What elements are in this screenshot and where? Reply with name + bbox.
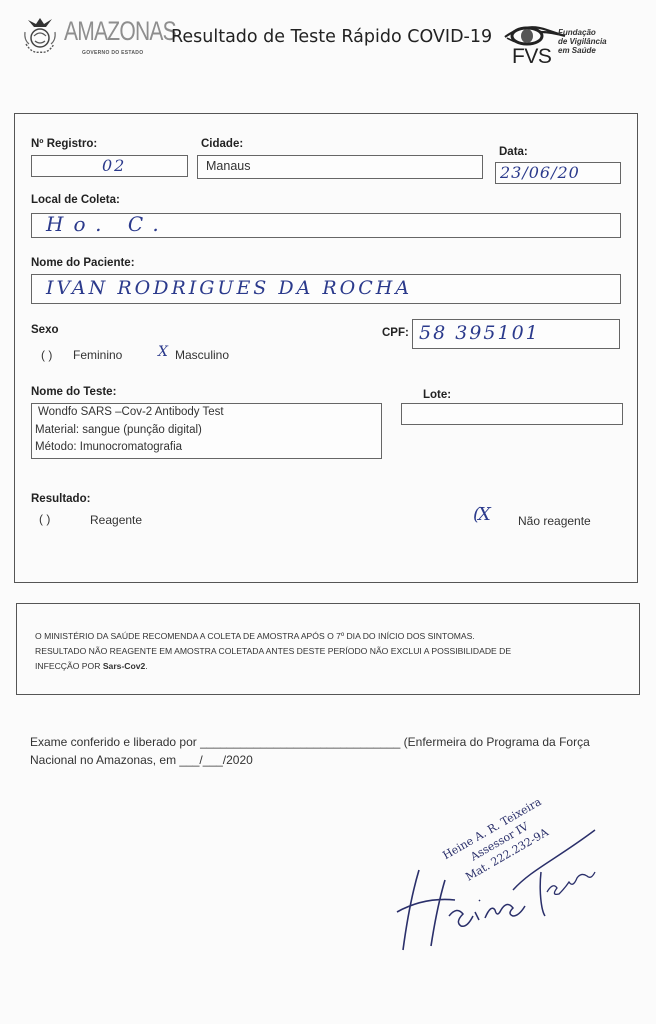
notice-virus-name: Sars-Cov2 bbox=[103, 661, 146, 671]
amazonas-crest-icon bbox=[22, 14, 58, 56]
local-coleta-value: Ho. C. bbox=[46, 212, 169, 236]
cpf-field[interactable]: 58 395101 bbox=[412, 319, 620, 349]
fvs-fullname: Fundação de Vigilância em Saúde bbox=[558, 28, 607, 55]
amazonas-wordmark: AMAZONAS bbox=[64, 16, 176, 47]
local-coleta-field[interactable]: Ho. C. bbox=[31, 213, 621, 238]
registro-field[interactable]: 02 bbox=[31, 155, 188, 177]
result-form: Nº Registro: 02 Cidade: Manaus Data: 23/… bbox=[14, 113, 638, 583]
notice-text: O MINISTÉRIO DA SAÚDE RECOMENDA A COLETA… bbox=[35, 629, 635, 674]
fvs-acronym: FVS bbox=[512, 45, 551, 69]
resultado-nao-reagente-label: Não reagente bbox=[518, 514, 591, 528]
cidade-field[interactable]: Manaus bbox=[197, 155, 483, 179]
cpf-value: 58 395101 bbox=[419, 322, 540, 344]
data-value: 23/06/20 bbox=[500, 163, 580, 182]
sexo-feminino-checkbox[interactable]: ( ) bbox=[41, 348, 52, 362]
teste-line-1: Wondfo SARS –Cov-2 Antibody Test bbox=[38, 406, 224, 418]
teste-label: Nome do Teste: bbox=[31, 386, 116, 398]
paciente-label: Nome do Paciente: bbox=[31, 257, 135, 269]
amazonas-government-logo: AMAZONAS GOVERNO DO ESTADO bbox=[20, 10, 165, 62]
lote-field[interactable] bbox=[401, 403, 623, 425]
notice-line-3-suffix: . bbox=[145, 661, 147, 671]
amazonas-subtitle: GOVERNO DO ESTADO bbox=[82, 50, 143, 56]
notice-line-3: INFECÇÃO POR Sars-Cov2. bbox=[35, 659, 635, 674]
sexo-label: Sexo bbox=[31, 324, 59, 336]
releaser-name-blank[interactable]: ______________________________ bbox=[200, 735, 400, 749]
registro-value: 02 bbox=[102, 156, 126, 175]
sexo-masculino-checkbox[interactable]: X bbox=[158, 344, 170, 360]
resultado-reagente-label: Reagente bbox=[90, 513, 142, 527]
document-title: Resultado de Teste Rápido COVID-19 bbox=[171, 27, 492, 47]
release-line-2: Nacional no Amazonas, em ___/___/2020 bbox=[30, 751, 630, 769]
notice-line-2: RESULTADO NÃO REAGENTE EM AMOSTRA COLETA… bbox=[35, 644, 635, 659]
registro-label: Nº Registro: bbox=[31, 138, 97, 150]
cpf-label: CPF: bbox=[382, 327, 409, 339]
release-suffix: (Enfermeira do Programa da Força bbox=[400, 735, 589, 749]
data-field[interactable]: 23/06/20 bbox=[495, 162, 621, 184]
paciente-value: IVAN RODRIGUES DA ROCHA bbox=[46, 277, 412, 299]
cidade-label: Cidade: bbox=[201, 138, 243, 150]
release-prefix: Exame conferido e liberado por bbox=[30, 735, 200, 749]
teste-field: Wondfo SARS –Cov-2 Antibody Test Materia… bbox=[31, 403, 382, 459]
resultado-reagente-checkbox[interactable]: ( ) bbox=[39, 512, 50, 526]
fvs-line-3: em Saúde bbox=[558, 46, 607, 55]
release-statement: Exame conferido e liberado por _________… bbox=[30, 733, 630, 769]
notice-line-3-prefix: INFECÇÃO POR bbox=[35, 661, 103, 671]
release-line-1: Exame conferido e liberado por _________… bbox=[30, 733, 630, 751]
fvs-line-1: Fundação bbox=[558, 28, 607, 37]
fvs-line-2: de Vigilância bbox=[558, 37, 607, 46]
fvs-logo: FVS Fundação de Vigilância em Saúde bbox=[500, 22, 630, 72]
lote-label: Lote: bbox=[423, 389, 451, 401]
notice-line-1: O MINISTÉRIO DA SAÚDE RECOMENDA A COLETA… bbox=[35, 629, 635, 644]
data-label: Data: bbox=[499, 146, 528, 158]
teste-line-3: Método: Imunocromatografia bbox=[35, 441, 182, 453]
paciente-field[interactable]: IVAN RODRIGUES DA ROCHA bbox=[31, 274, 621, 304]
cidade-value: Manaus bbox=[206, 159, 250, 173]
local-coleta-label: Local de Coleta: bbox=[31, 194, 120, 206]
resultado-label: Resultado: bbox=[31, 493, 90, 505]
resultado-nao-reagente-checkbox[interactable]: (X bbox=[473, 504, 489, 525]
teste-line-2: Material: sangue (punção digital) bbox=[35, 424, 202, 436]
sexo-masculino-label: Masculino bbox=[175, 348, 229, 362]
health-ministry-notice: O MINISTÉRIO DA SAÚDE RECOMENDA A COLETA… bbox=[16, 603, 640, 695]
sexo-feminino-label: Feminino bbox=[73, 348, 122, 362]
